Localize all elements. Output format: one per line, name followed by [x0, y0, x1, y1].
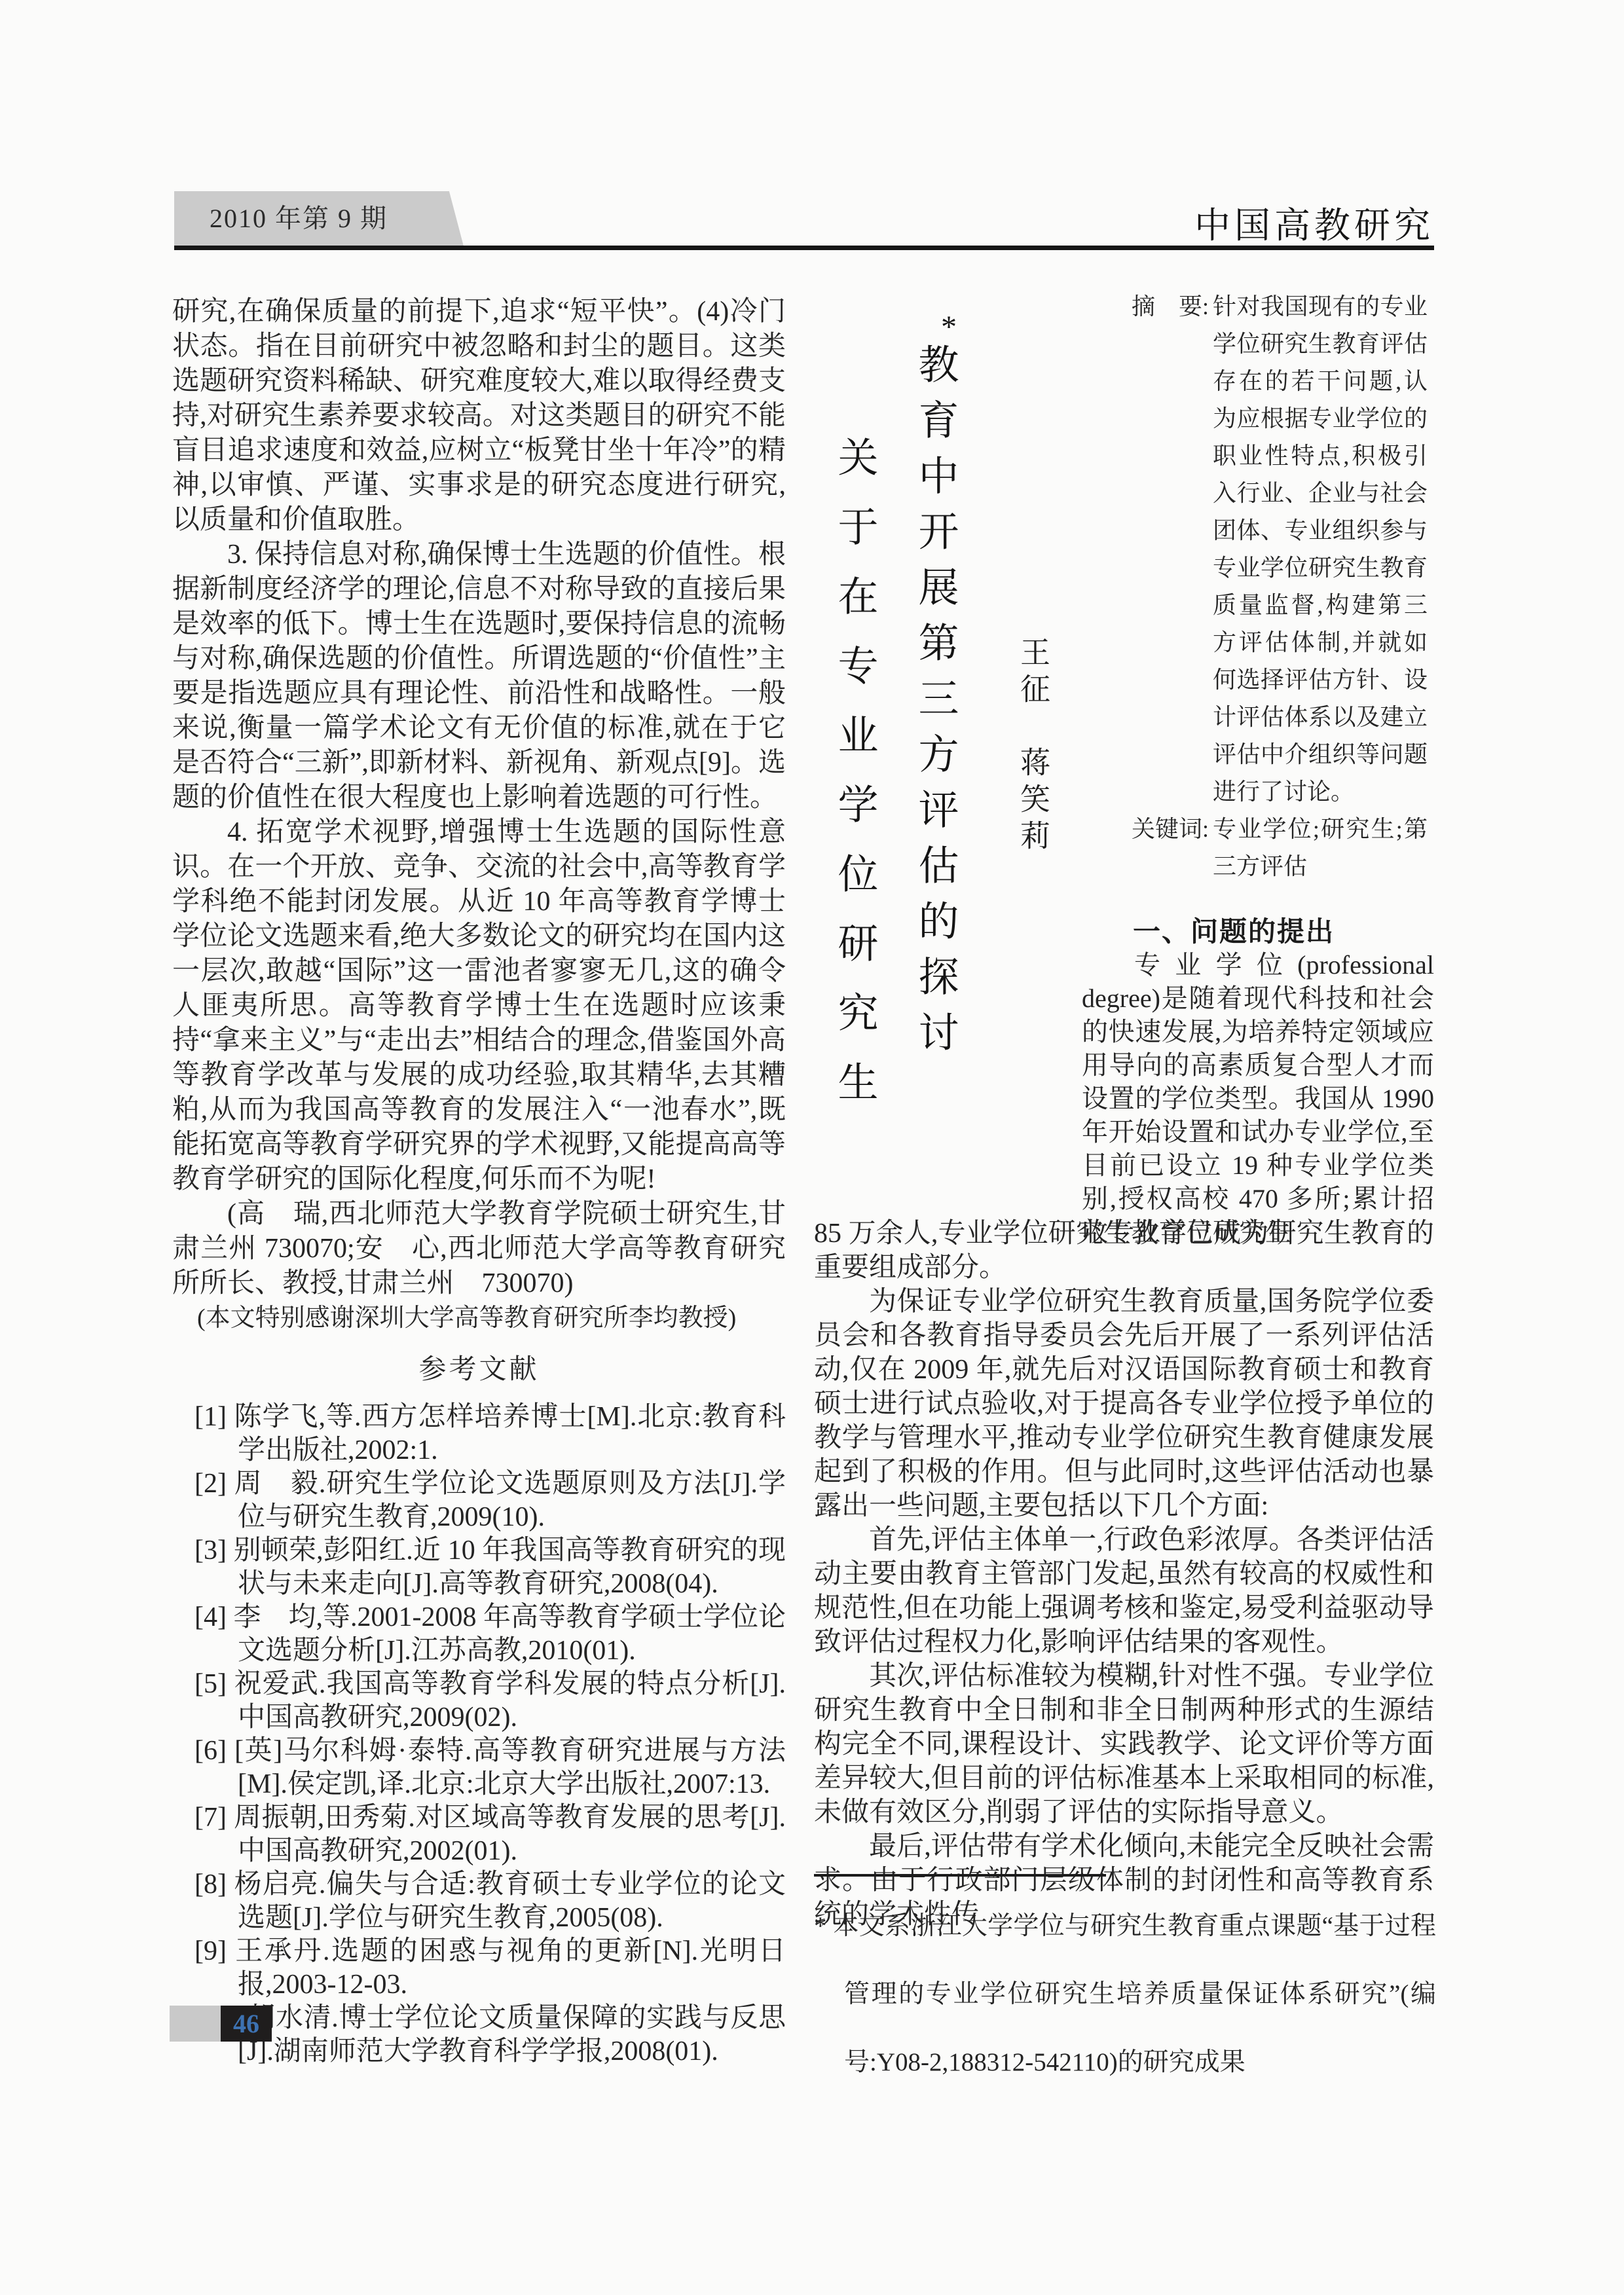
body-paragraph: 3. 保持信息对称,确保博士生选题的价值性。根据新制度经济学的理论,信息不对称导… [172, 538, 786, 815]
body-paragraph: 研究,在确保质量的前提下,追求“短平快”。(4)冷门状态。指在目前研究中被忽略和… [172, 295, 786, 538]
body-paragraph: 其次,评估标准较为模糊,针对性不强。专业学位研究生教育中全日制和非全日制两种形式… [814, 1659, 1434, 1829]
page-number: 46 [221, 2006, 272, 2042]
journal-page: 2010 年第 9 期 中国高教研究 研究,在确保质量的前提下,追求“短平快”。… [0, 0, 1624, 2295]
article-title-line2: 教育中开展第三方评估的探讨 [906, 343, 964, 1067]
body-paragraph: 4. 拓宽学术视野,增强博士生选题的国际性意识。在一个开放、竞争、交流的社会中,… [172, 815, 786, 1197]
keywords-row: 关键词: 专业学位;研究生;第三方评估 [1132, 811, 1428, 885]
footnote-rule [814, 1874, 1106, 1877]
issue-label: 2010 年第 9 期 [174, 191, 464, 246]
journal-title: 中国高教研究 [1048, 196, 1434, 248]
references-heading: 参考文献 [172, 1353, 786, 1387]
reference-item: [8] 杨启亮.偏失与合适:教育硕士专业学位的论文选题[J].学位与研究生教育,… [238, 1868, 786, 1935]
reference-item: [5] 祝爱武.我国高等教育学科发展的特点分析[J].中国高教研究,2009(0… [238, 1668, 786, 1735]
abstract-label: 摘 要: [1132, 288, 1213, 325]
reference-item: [6] [英]马尔科姆·泰特.高等教育研究进展与方法[M].侯定凯,译.北京:北… [238, 1735, 786, 1801]
article-authors: 王征 蒋笑莉 [1011, 636, 1054, 856]
reference-item: [4] 李 均,等.2001-2008 年高等教育学硕士学位论文选题分析[J].… [238, 1601, 786, 1668]
reference-item: [10] 胡水清.博士学位论文质量保障的实践与反思[J].湖南师范大学教育科学学… [238, 2002, 786, 2068]
body-paragraph: 为保证专业学位研究生教育质量,国务院学位委员会和各教育指导委员会先后开展了一系列… [814, 1285, 1434, 1523]
article-title-line1: 关于在专业学位研究生 [825, 436, 883, 1130]
reference-item: [2] 周 毅.研究生学位论文选题原则及方法[J].学位与研究生教育,2009(… [238, 1467, 786, 1534]
body-paragraph: 首先,评估主体单一,行政色彩浓厚。各类评估活动主要由教育主管部门发起,虽然有较高… [814, 1523, 1434, 1659]
section-intro-paragraph: 专业学位(professional degree)是随着现代科技和社会的快速发展… [1082, 948, 1434, 1249]
page-number-gray-box [170, 2006, 221, 2042]
acknowledgement-note: (本文特别感谢深圳大学高等教育研究所李均教授) [172, 1301, 786, 1336]
footnote-text: * 本文系浙江大学学位与研究生教育重点课题“基于过程管理的专业学位研究生培养质量… [814, 1892, 1436, 2097]
reference-item: [3] 别顿荣,彭阳红.近 10 年我国高等教育研究的现状与未来走向[J].高等… [238, 1534, 786, 1601]
keywords-label: 关键词: [1132, 811, 1213, 848]
keywords-text: 专业学位;研究生;第三方评估 [1213, 811, 1428, 885]
reference-item: [7] 周振朝,田秀菊.对区域高等教育发展的思考[J].中国高教研究,2002(… [238, 1801, 786, 1868]
reference-item: [1] 陈学飞,等.西方怎样培养博士[M].北京:教育科学出版社,2002:1. [238, 1401, 786, 1467]
section-heading: 一、问题的提出 [1133, 910, 1335, 949]
left-column: 研究,在确保质量的前提下,追求“短平快”。(4)冷门状态。指在目前研究中被忽略和… [172, 295, 786, 2068]
title-footnote-marker: * [941, 309, 957, 345]
body-paragraph: 85 万余人,专业学位研究生教育已成为研究生教育的重要组成部分。 [814, 1217, 1434, 1285]
abstract-text: 针对我国现有的专业学位研究生教育评估存在的若干问题,认为应根据专业学位的职业性特… [1213, 288, 1428, 811]
main-text-block: 85 万余人,专业学位研究生教育已成为研究生教育的重要组成部分。 为保证专业学位… [814, 1217, 1434, 1932]
abstract-row: 摘 要: 针对我国现有的专业学位研究生教育评估存在的若干问题,认为应根据专业学位… [1132, 288, 1428, 811]
abstract-block: 摘 要: 针对我国现有的专业学位研究生教育评估存在的若干问题,认为应根据专业学位… [1132, 288, 1428, 885]
author-affiliation-note: (高 瑞,西北师范大学教育学院硕士研究生,甘肃兰州 730070;安 心,西北师… [172, 1197, 786, 1301]
reference-item: [9] 王承丹.选题的困惑与视角的更新[N].光明日报,2003-12-03. [238, 1935, 786, 2002]
issue-badge: 2010 年第 9 期 [174, 191, 464, 246]
